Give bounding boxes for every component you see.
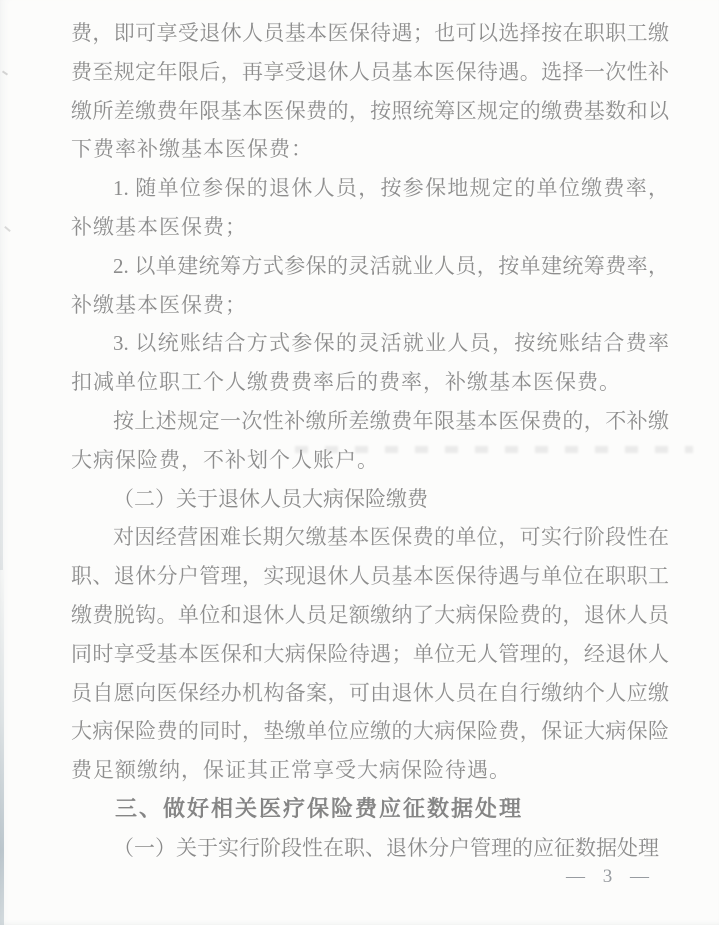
text-line: 费足额缴纳，保证其正常享受大病保险待遇。: [71, 751, 669, 790]
scan-edge-artifact: [0, 555, 4, 925]
text-line: 费至规定年限后，再享受退休人员基本医保待遇。选择一次性补: [71, 53, 669, 92]
text-line: 缴费脱钩。单位和退休人员足额缴纳了大病保险费的，退休人员: [71, 596, 669, 635]
text-line: 员自愿向医保经办机构备案，可由退休人员在自行缴纳个人应缴: [71, 674, 669, 713]
text-line: 2. 以单建统筹方式参保的灵活就业人员，按单建统筹费率，: [71, 247, 669, 286]
text-line: 下费率补缴基本医保费：: [71, 130, 669, 169]
scan-speck-artifact: [4, 226, 11, 232]
text-line: 对因经营困难长期欠缴基本医保费的单位，可实行阶段性在: [71, 518, 669, 557]
text-line: 3. 以统账结合方式参保的灵活就业人员，按统账结合费率: [71, 324, 669, 363]
document-body: 费，即可享受退休人员基本医保待遇；也可以选择按在职职工缴费至规定年限后，再享受退…: [71, 14, 669, 868]
text-line: 按上述规定一次性补缴所差缴费年限基本医保费的，不补缴: [71, 402, 669, 441]
text-line: 职、退休分户管理，实现退休人员基本医保待遇与单位在职职工: [71, 557, 669, 596]
text-line: 1. 随单位参保的退休人员，按参保地规定的单位缴费率，: [71, 169, 669, 208]
text-line: 大病保险费的同时，垫缴单位应缴的大病保险费，保证大病保险: [71, 712, 669, 751]
text-line: 扣减单位职工个人缴费费率后的费率，补缴基本医保费。: [71, 363, 669, 402]
text-line: （一）关于实行阶段性在职、退休分户管理的应征数据处理: [71, 829, 669, 868]
text-line: 缴所差缴费年限基本医保费的，按照统筹区规定的缴费基数和以: [71, 92, 669, 131]
text-line: 同时享受基本医保和大病保险待遇；单位无人管理的，经退休人: [71, 635, 669, 674]
text-line: 费，即可享受退休人员基本医保待遇；也可以选择按在职职工缴: [71, 14, 669, 53]
scan-speck-artifact: [2, 70, 8, 75]
text-line: 三、做好相关医疗保险费应征数据处理: [71, 790, 669, 829]
scan-smudge-artifact: [295, 446, 693, 453]
text-line: （二）关于退休人员大病保险缴费: [71, 480, 669, 519]
scan-edge-artifact: [0, 250, 3, 570]
text-line: 补缴基本医保费；: [71, 208, 669, 247]
page-number: — 3 —: [566, 866, 651, 888]
document-page: 费，即可享受退休人员基本医保待遇；也可以选择按在职职工缴费至规定年限后，再享受退…: [0, 0, 719, 925]
text-line: 补缴基本医保费；: [71, 286, 669, 325]
